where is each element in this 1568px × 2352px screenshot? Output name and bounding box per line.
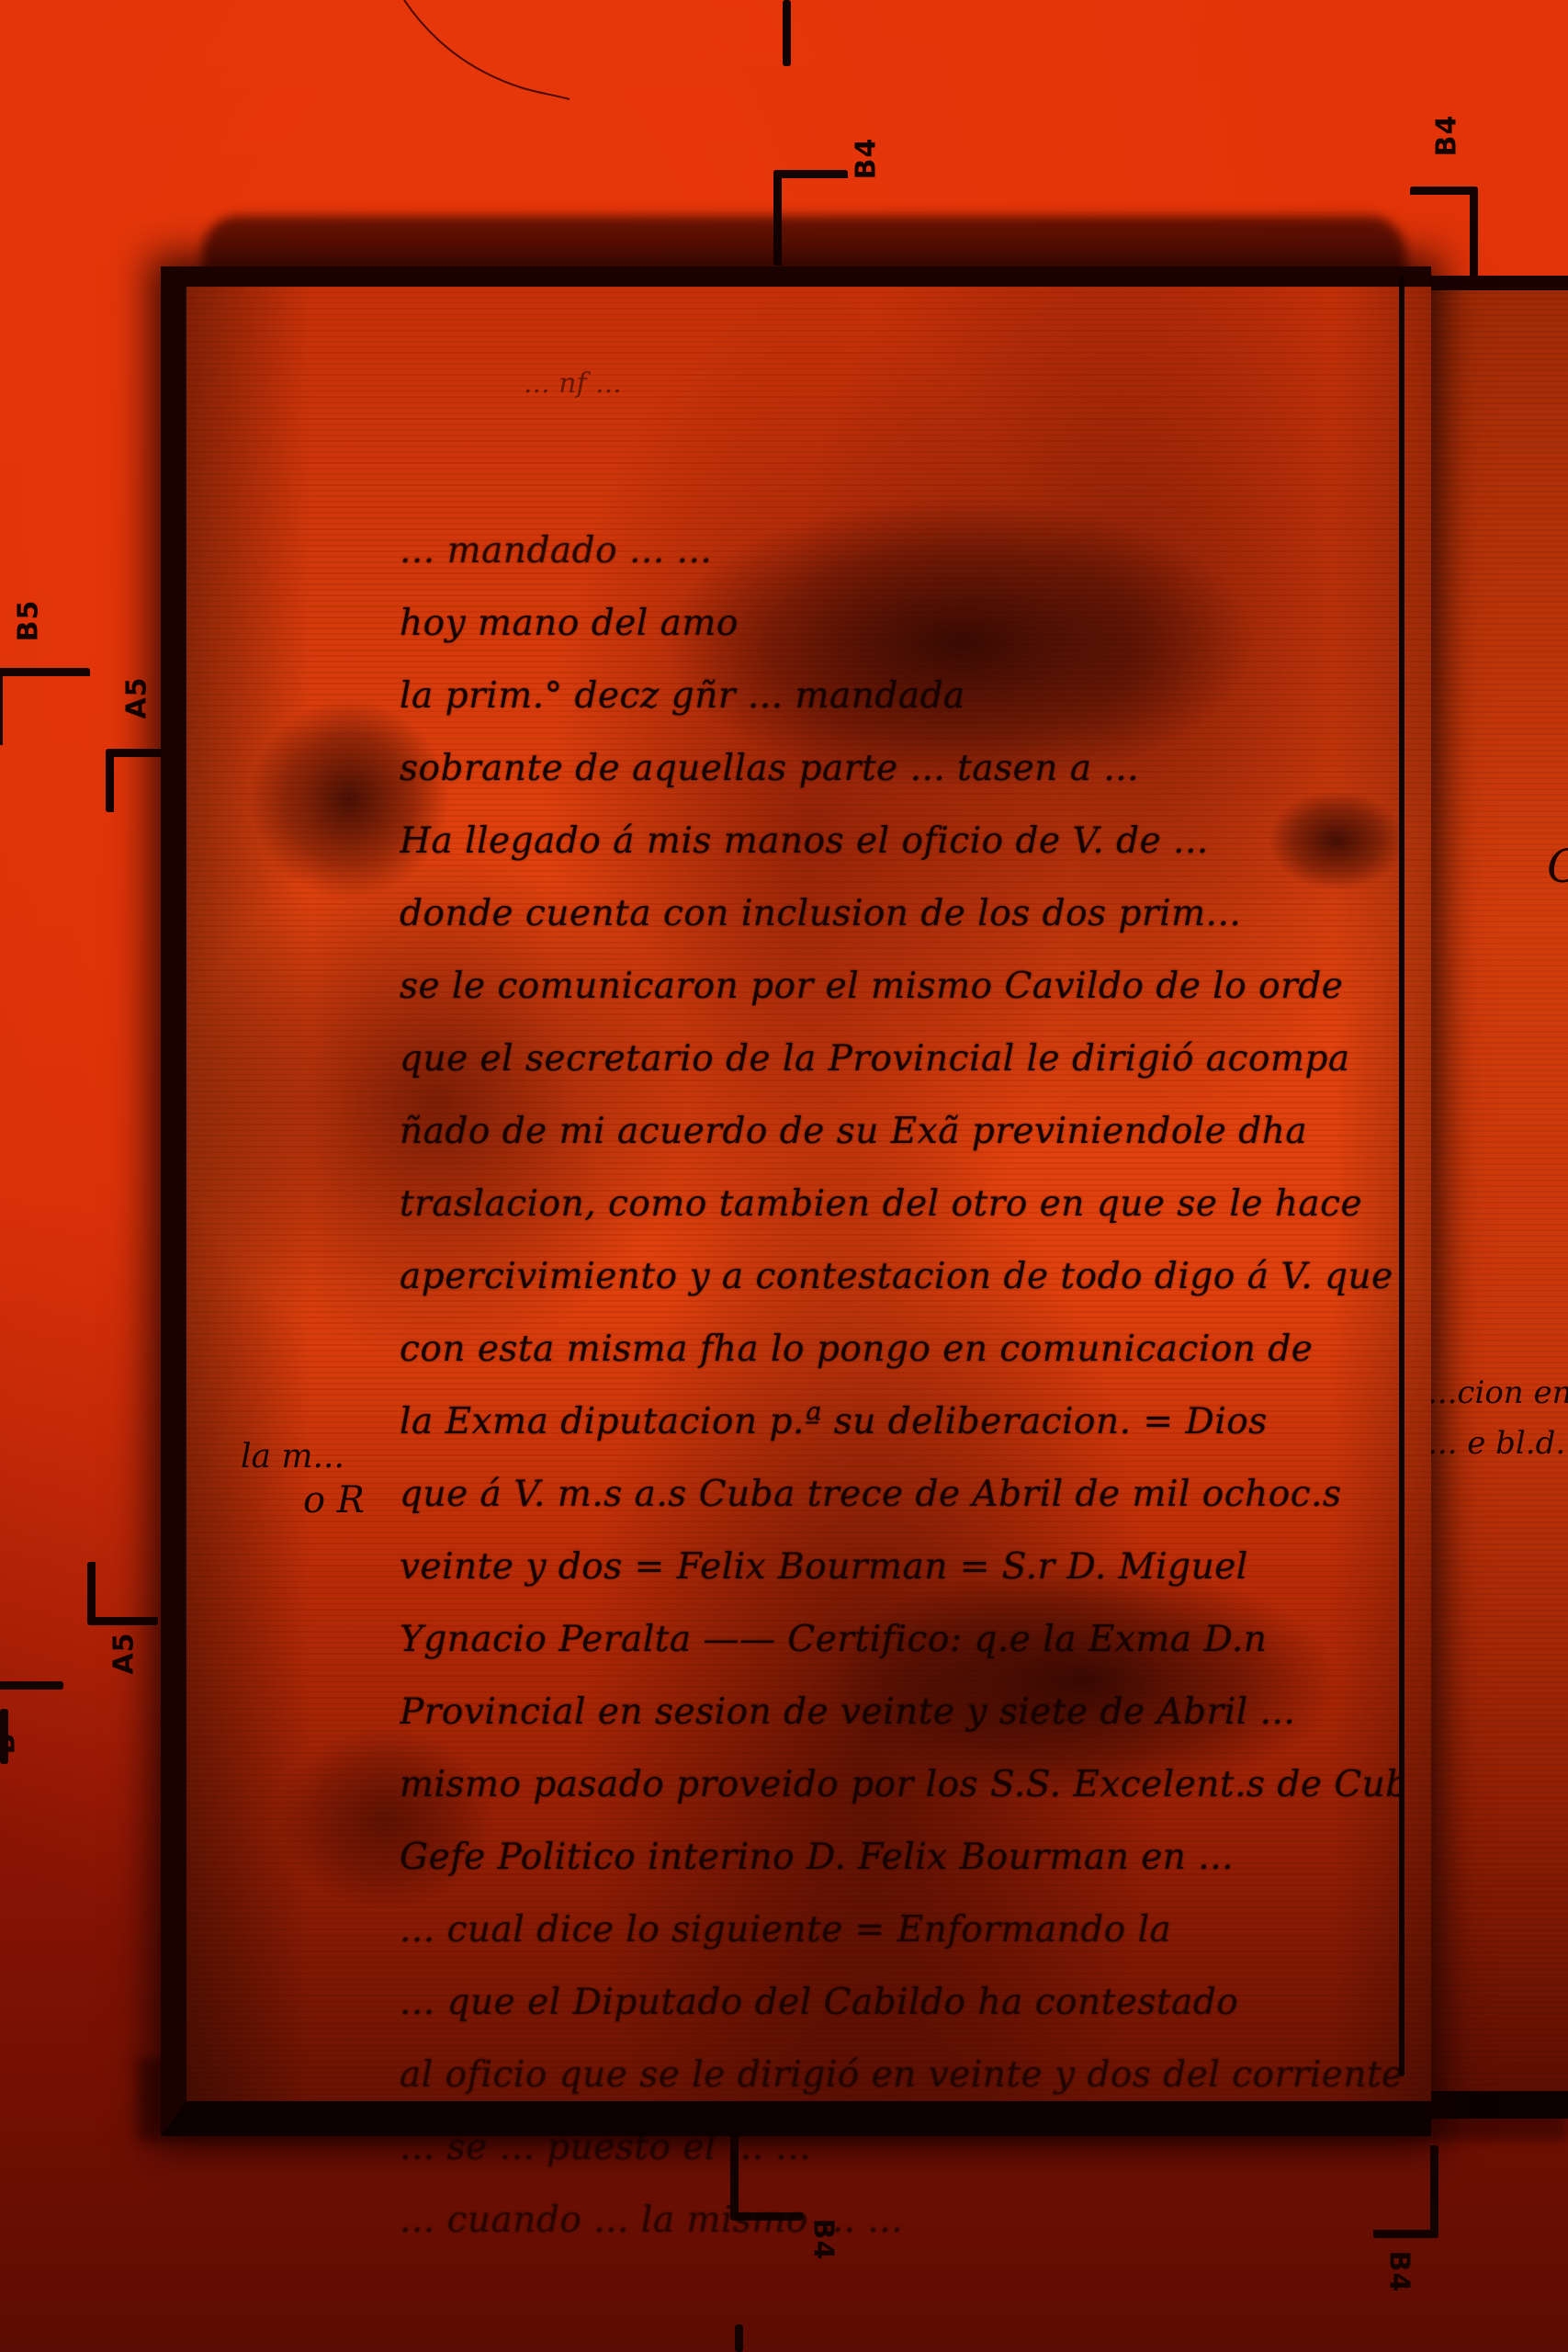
crop-mark-top-right (1410, 187, 1478, 277)
manuscript-line: ... mandado ... ... (400, 514, 1401, 587)
page-header-scrawl: ... nf ... (524, 367, 622, 400)
crop-mark-left-lower-inner (87, 1562, 158, 1625)
crop-label-top-right: B4 (1430, 115, 1462, 157)
stray-fibre (386, 0, 588, 101)
manuscript-line: ñado de mi acuerdo de su Exã previniendo… (400, 1095, 1401, 1168)
crop-label-bottom-right: B4 (1382, 2251, 1415, 2293)
manuscript-line: apercivimiento y a contestacion de todo … (400, 1240, 1401, 1313)
crop-label-left-lower-outer: B (0, 1733, 21, 1755)
manuscript-line: mismo pasado proveido por los S.S. Excel… (400, 1748, 1401, 1821)
manuscript-line: que á V. m.s a.s Cuba trece de Abril de … (400, 1458, 1401, 1531)
crop-mark-top-center (773, 170, 848, 266)
manuscript-line: Ygnacio Peralta —— Certifico: q.e la Exm… (400, 1603, 1401, 1676)
manuscript-line: la Exma diputacion p.ª su deliberacion. … (400, 1385, 1401, 1458)
manuscript-line: veinte y dos = Felix Bourman = S.r D. Mi… (400, 1531, 1401, 1603)
crop-label-top-center: B4 (850, 138, 882, 180)
crop-label-left-lower-inner: A5 (108, 1632, 141, 1674)
bottom-center-tick (735, 2324, 743, 2352)
crop-label-left-upper-outer: B5 (12, 600, 44, 642)
manuscript-line: donde cuenta con inclusion de los dos pr… (400, 877, 1401, 950)
crop-mark-left-upper-outer (0, 668, 90, 745)
margin-note: la m... (241, 1438, 344, 1476)
margin-note: o R (303, 1479, 365, 1521)
manuscript-line: Provincial en sesion de veinte y siete d… (400, 1676, 1401, 1748)
crop-mark-left-lower-outer (0, 1681, 63, 1690)
adjacent-page-fragment: C (1547, 840, 1568, 893)
manuscript-line: al oficio que se le dirigió en veinte y … (400, 2039, 1401, 2111)
manuscript-line: que el secretario de la Provincial le di… (400, 1023, 1401, 1095)
top-center-tick (783, 0, 791, 66)
crop-label-left-upper-inner: A5 (121, 676, 153, 718)
manuscript-line: Ha llegado á mis manos el oficio de V. d… (400, 805, 1401, 877)
manuscript-line: traslacion, como tambien del otro en que… (400, 1168, 1401, 1240)
manuscript-line: ... que el Diputado del Cabildo ha conte… (400, 1966, 1401, 2039)
adjacent-page-fragment: ...cion en (1427, 1374, 1568, 1411)
manuscript-line: con esta misma fha lo pongo en comunicac… (400, 1313, 1401, 1385)
manuscript-line: ... cuando ... la mismo ... ... (400, 2184, 1401, 2256)
adjacent-page-fragment: ... e bl.d... (1427, 1425, 1568, 1462)
manuscript-line: se le comunicaron por el mismo Cavildo d… (400, 950, 1401, 1023)
manuscript-line: Gefe Politico interino D. Felix Bourman … (400, 1821, 1401, 1894)
manuscript-line: ... se ... puesto el ... ... (400, 2111, 1401, 2184)
manuscript-body: ... mandado ... ... hoy mano del amo la … (400, 514, 1401, 2256)
manuscript-line: sobrante de aquellas parte ... tasen a .… (400, 732, 1401, 805)
manuscript-line: la prim.° decz gñr ... mandada (400, 660, 1401, 732)
manuscript-line: ... cual dice lo siguiente = Enformando … (400, 1894, 1401, 1966)
manuscript-line: hoy mano del amo (400, 587, 1401, 660)
